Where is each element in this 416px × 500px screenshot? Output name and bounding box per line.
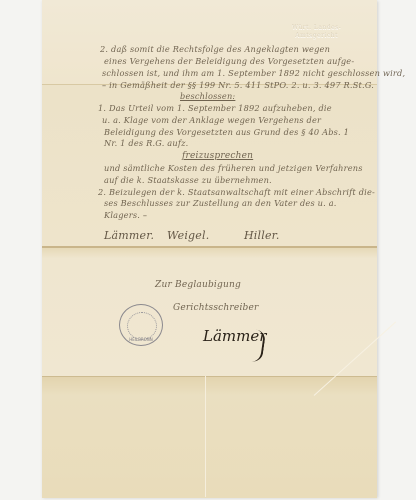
text-line: u. a. Klage vom der Anklage wegen Vergeh… [102,115,321,125]
signature-3: Hiller. [244,229,280,242]
text-line: 2. Beizulegen der k. Staatsanwaltschaft … [98,187,375,197]
text-line: Beleidigung des Vorgesetzten aus Grund d… [104,127,349,137]
document-paper: Würt. Landes- Amtsgericht 2. daß somit d… [42,0,377,497]
emboss-line-2: Amtsgericht [292,32,341,40]
stamp-text: HEILBRONN [120,337,162,342]
embossed-header: Würt. Landes- Amtsgericht [292,24,341,40]
text-line: eines Vergehens der Beleidigung des Vorg… [104,56,354,66]
text-line: ses Beschlusses zur Zustellung an den Va… [104,198,337,208]
text-line: schlossen ist, und ihm am 1. September 1… [102,68,405,78]
text-heading: beschlossen: [180,91,235,101]
certification-text: Zur Beglaubigung [155,280,241,290]
text-line: und sämtliche Kosten des früheren und je… [104,163,363,173]
text-line: Nr. 1 des R.G. aufz. [104,138,188,148]
text-line: 1. Das Urteil vom 1. September 1892 aufz… [98,103,332,113]
text-line: 2. daß somit die Rechtsfolge des Angekla… [100,44,330,54]
official-seal-stamp: HEILBRONN [119,304,163,346]
text-line: auf die k. Staatskasse zu übernehmen. [104,175,272,185]
seal-emblem-icon [127,312,157,340]
text-heading: freizusprechen [182,151,253,161]
clerk-title: Gerichtsschreiber [173,303,259,313]
emboss-line-1: Würt. Landes- [292,24,341,32]
signature-1: Lämmer. [104,229,154,242]
text-line: – in Gemäßheit der §§ 199 Nr. 5. 411 StP… [102,80,374,90]
fold-panel-bottom [42,376,377,498]
signature-2: Weigel. [167,229,209,242]
text-line: Klagers. – [104,210,147,220]
vertical-fold-line [205,376,206,497]
